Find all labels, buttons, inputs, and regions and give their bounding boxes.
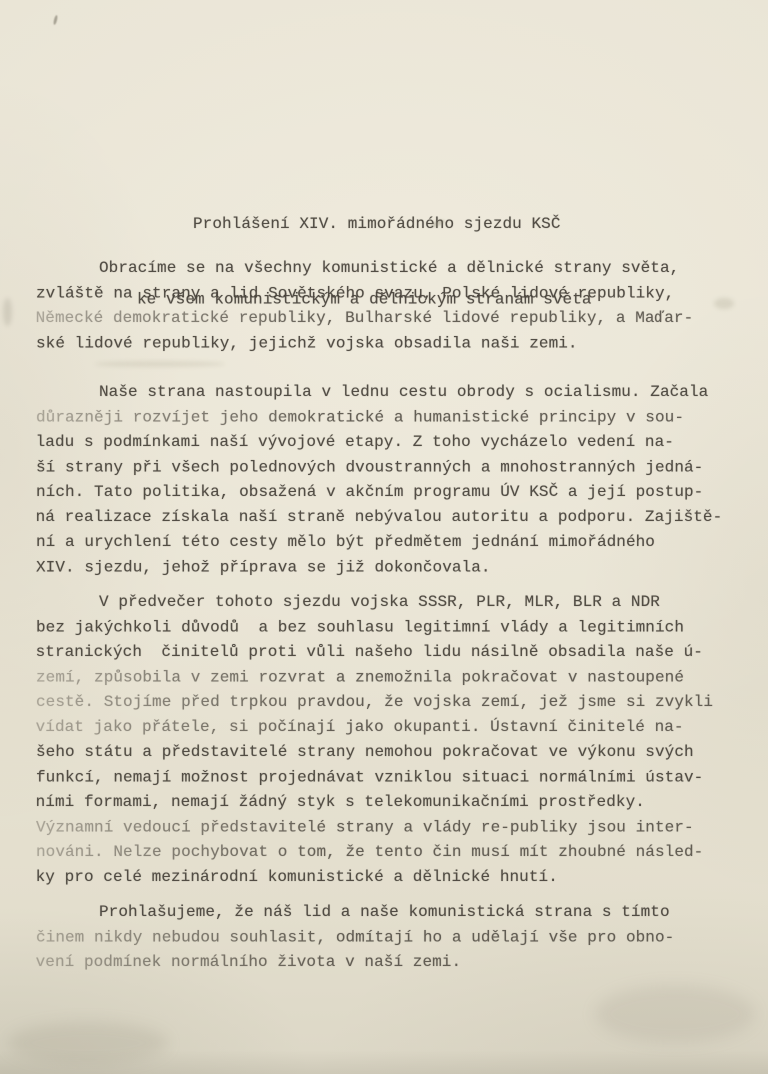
document-page: Prohlášení XIV. mimořádného sjezdu KSČ k… (0, 0, 768, 1074)
title-line-1: Prohlášení XIV. mimořádného sjezdu KSČ (193, 212, 592, 237)
scan-edge-shadow (0, 1050, 768, 1074)
text-line: funkcí, nemají možnost projednávat vznik… (36, 765, 742, 790)
text-line: ní a urychlení této cesty mělo být předm… (36, 530, 742, 555)
text-line: vení podmínek normálního života v naší z… (36, 950, 742, 975)
text-line: ské lidové republiky, jejichž vojska obs… (36, 331, 742, 356)
text-line: ních. Tato politika, obsažená v akčním p… (36, 480, 742, 505)
text-line: zvláště na strany a lid Sovětského svazu… (36, 281, 742, 306)
text-line: ky pro celé mezinárodní komunistické a d… (36, 865, 742, 890)
text-line: XIV. sjezdu, jehož příprava se již dokon… (36, 555, 742, 580)
paragraph-3: V předvečer tohoto sjezdu vojska SSSR, P… (36, 590, 742, 890)
text-line: Významní vedoucí představitelé strany a … (36, 815, 742, 840)
text-line: stranických činitelů proti vůli našeho l… (36, 640, 742, 665)
text-line: Naše strana nastoupila v lednu cestu obr… (36, 380, 742, 405)
text-line: nováni. Nelze pochybovat o tom, že tento… (36, 840, 742, 865)
paragraph-1: Obracíme se na všechny komunistické a dě… (36, 256, 742, 356)
text-line: V předvečer tohoto sjezdu vojska SSSR, P… (36, 590, 742, 615)
text-line: cestě. Stojíme před trpkou pravdou, že v… (36, 690, 742, 715)
text-line: Obracíme se na všechny komunistické a dě… (36, 256, 742, 281)
text-line: ními formami, nemají žádný styk s teleko… (36, 790, 742, 815)
paragraph-2: Naše strana nastoupila v lednu cestu obr… (36, 380, 742, 580)
document-body: Obracíme se na všechny komunistické a dě… (36, 256, 742, 975)
text-line: bez jakýchkoli důvodů a bez souhlasu leg… (36, 615, 742, 640)
paper-speck (53, 15, 58, 25)
text-line: zemí, způsobila v zemi rozvrat a znemožn… (36, 665, 742, 690)
text-line: Prohlašujeme, že náš lid a naše komunist… (36, 900, 742, 925)
text-line: vídat jako přátele, si počínají jako oku… (36, 715, 742, 740)
text-line: ná realizace získala naší straně nebýval… (36, 505, 742, 530)
text-line: činem nikdy nebudou souhlasit, odmítají … (36, 925, 742, 950)
paper-stain (8, 1022, 168, 1064)
paper-stain (595, 985, 755, 1043)
text-line: ší strany při všech polednových dvoustra… (36, 455, 742, 480)
text-line: ladu s podmínkami naší vývojové etapy. Z… (36, 430, 742, 455)
text-line: důrazněji rozvíjet jeho demokratické a h… (36, 405, 742, 430)
text-line: šeho státu a představitelé strany nemoho… (36, 740, 742, 765)
text-line: Německé demokratické republiky, Bulharsk… (36, 306, 742, 331)
paragraph-4: Prohlašujeme, že náš lid a naše komunist… (36, 900, 742, 975)
